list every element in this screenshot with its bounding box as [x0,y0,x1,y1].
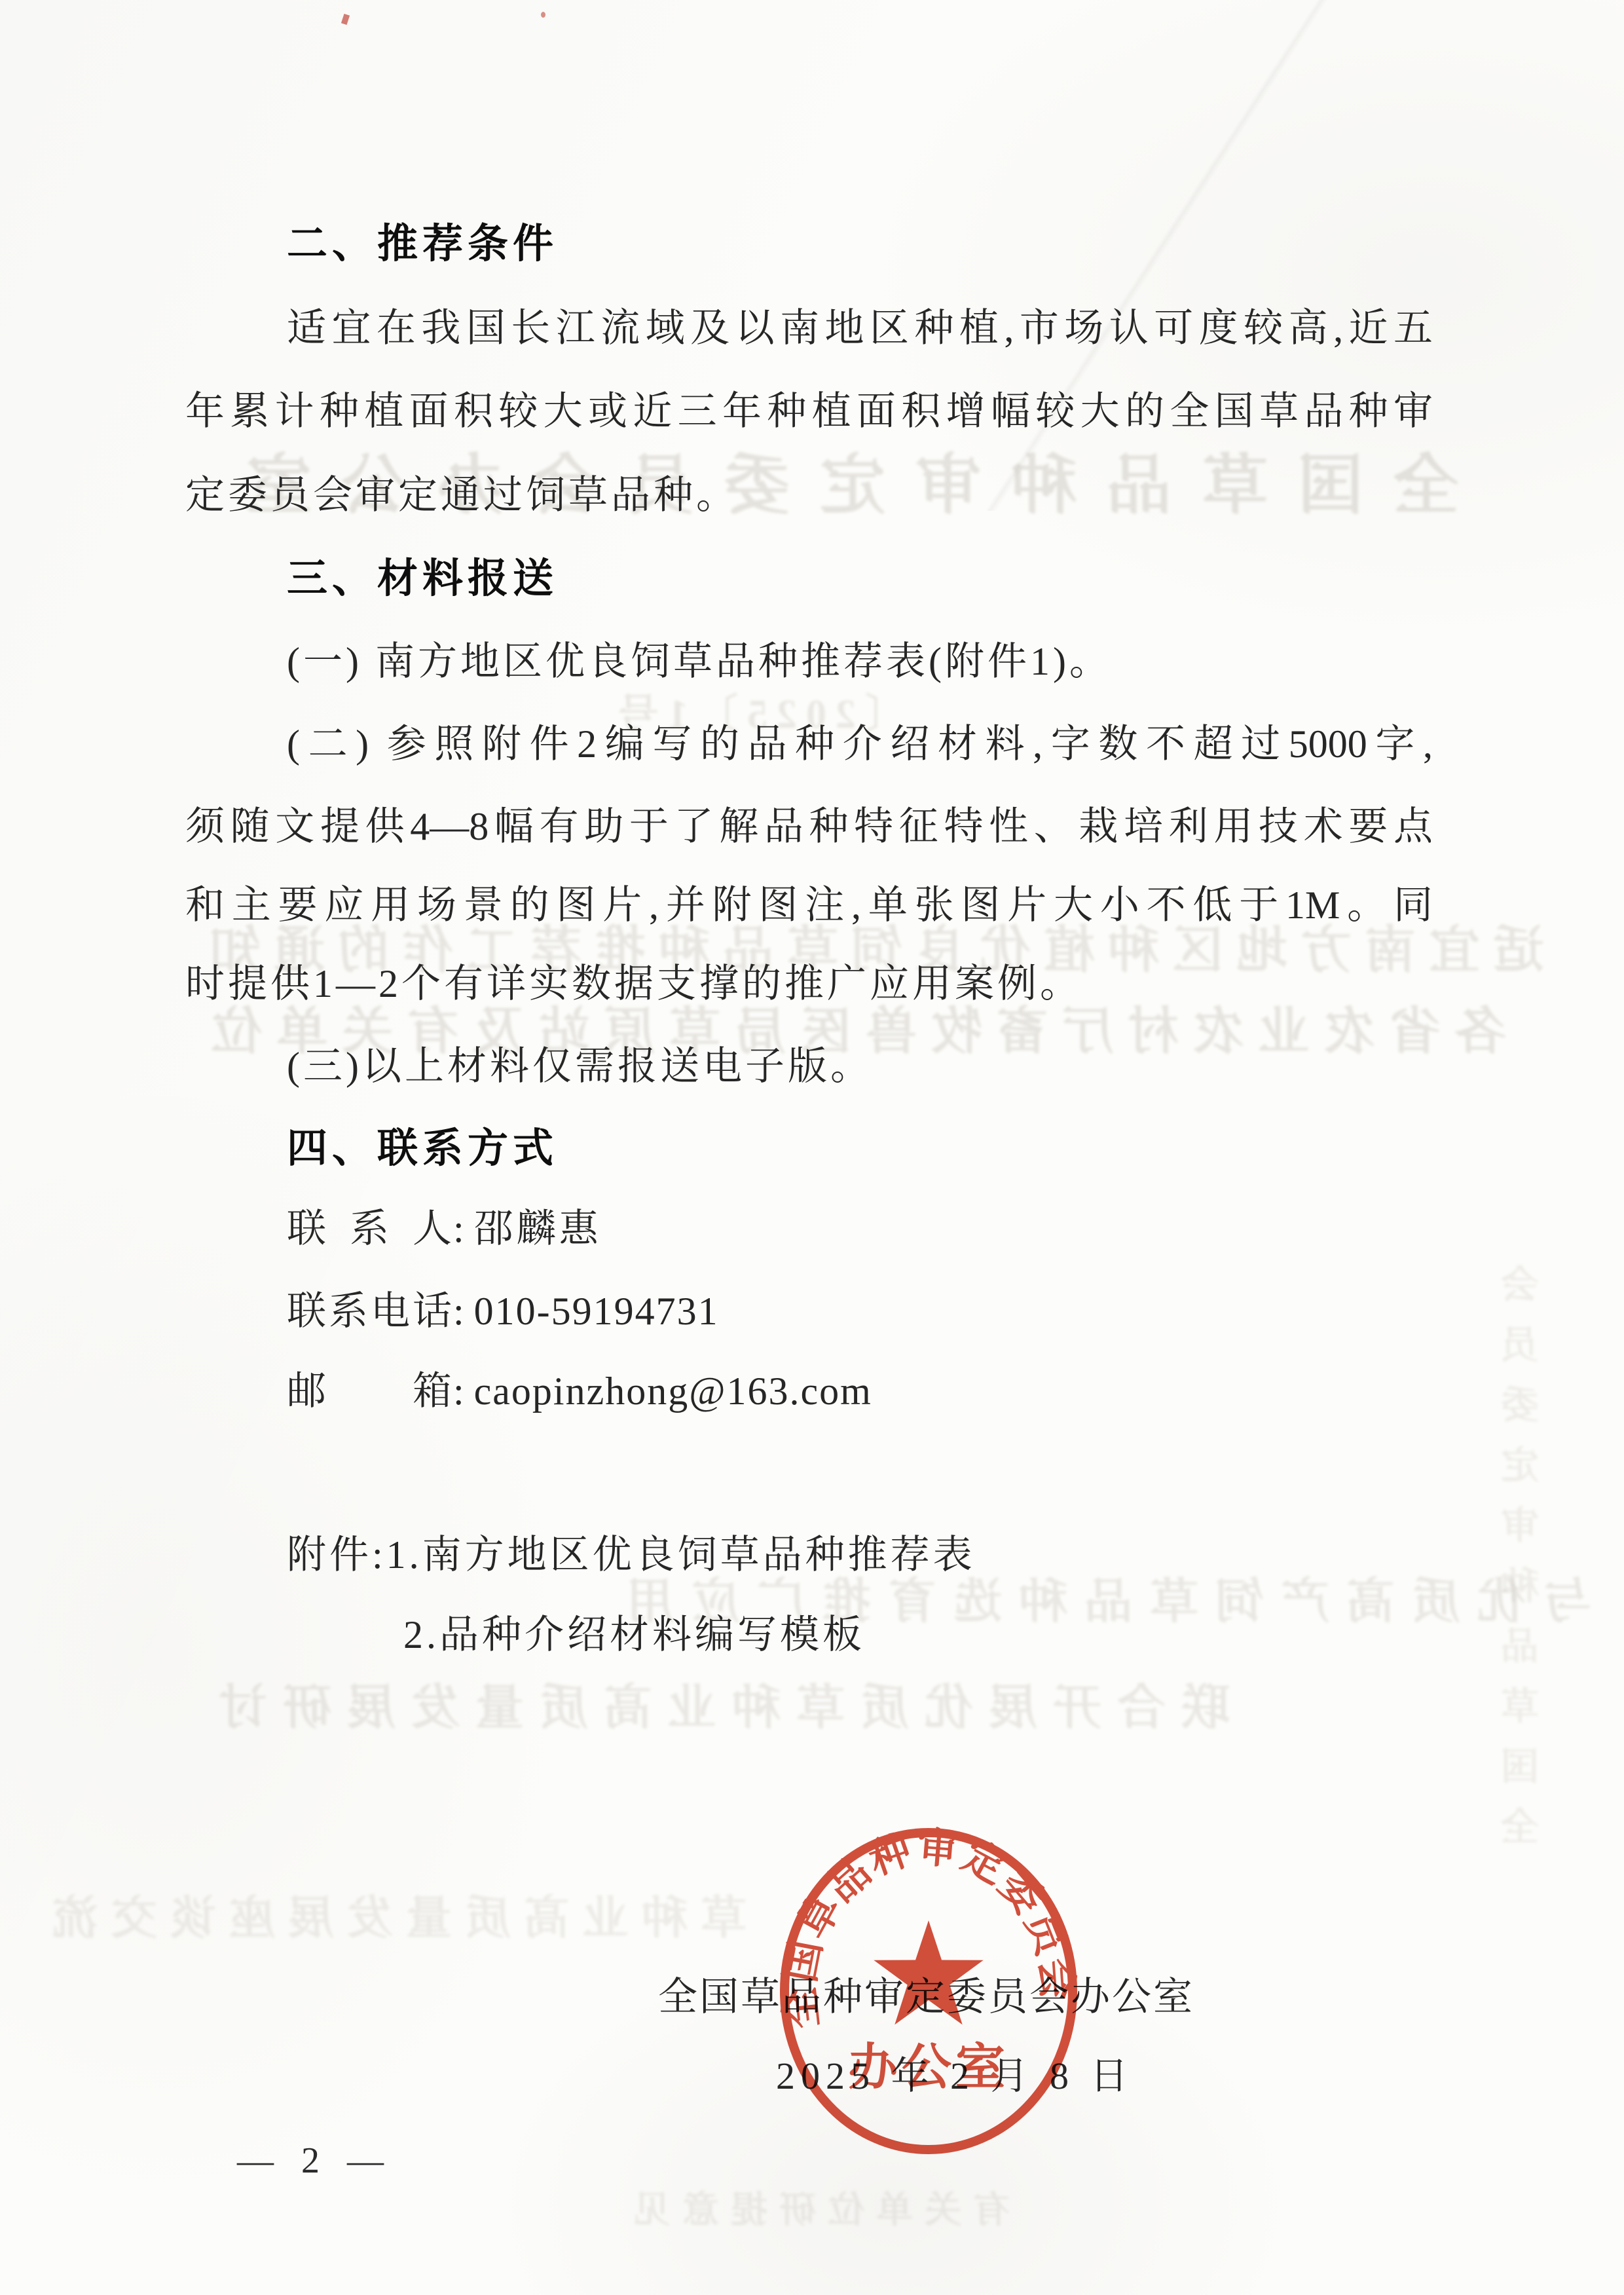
seal-star-icon [874,1920,983,2024]
contact-email-label: 邮箱 [287,1368,452,1415]
seal-bottom-text: 办公室 [848,2040,1009,2095]
paragraph-line: 年累计种植面积较大或近三年种植面积增幅较大的全国草品种审 [185,388,1433,435]
attachment-line-1: 附件:1.南方地区优良饲草品种推荐表 [287,1532,976,1578]
page-number: — 2 — [237,2139,393,2182]
red-speck [341,14,350,25]
section-heading-2: 二、推荐条件 [287,220,558,268]
contact-email-value: caopinzhong@163.com [474,1370,872,1413]
scanned-document-page: 全国草品种审定委员会办公室 〔2025〕1号 适宜南方地区种植优良饲草品种推荐工… [0,0,1624,2295]
bleedthrough-text: 联合开展优质草种业高质量发展研讨 [203,1669,1230,1738]
seal-graphic: 全国草品种审定委员会 办公室 [764,1809,1094,2173]
bleedthrough-text: 草种业高质量发展座谈交流 [39,1881,747,1947]
contact-person-value: 邵麟惠 [474,1207,602,1250]
list-item-line: 时提供1—2个有详实数据支撑的推广应用案例。 [185,961,1082,1007]
list-item-line: 和主要应用场景的图片,并附图注,单张图片大小不低于1M。同 [185,882,1433,929]
contact-person-line: 联系人:邵麟惠 [287,1206,602,1252]
paragraph-line: 定委员会审定通过饲草品种。 [185,472,739,519]
attachment-line-2: 2.品种介绍材料编写模板 [403,1612,865,1658]
colon: : [453,1207,468,1250]
paragraph-line: 适宜在我国长江流域及以南地区种植,市场认可度较高,近五 [185,305,1433,352]
list-item: (一) 南方地区优良饲草品种推荐表(附件1)。 [287,639,1112,685]
section-heading-3: 三、材料报送 [287,555,558,603]
list-item-line: 须随文提供4—8幅有助于了解品种特征特性、栽培利用技术要点 [185,804,1433,850]
section-heading-4: 四、联系方式 [287,1125,558,1172]
bleedthrough-text: 有关单位研提意见 [622,2181,1010,2233]
bleedthrough-text-vertical: 会员委定审种品草国全 [1496,1264,1551,1867]
red-speck [541,12,545,18]
colon: : [453,1290,468,1333]
contact-phone-label: 联系电话 [287,1288,452,1335]
list-item-line: (二) 参照附件2编写的品种介绍材料,字数不超过5000字, [185,721,1433,768]
contact-person-label: 联系人 [287,1206,452,1252]
contact-email-line: 邮箱:caopinzhong@163.com [287,1368,872,1415]
official-seal: 全国草品种审定委员会 办公室 [764,1809,1094,2173]
list-item: (三)以上材料仅需报送电子版。 [287,1043,873,1090]
colon: : [453,1370,468,1413]
contact-phone-line: 联系电话:010-59194731 [287,1288,719,1335]
contact-phone-value: 010-59194731 [474,1290,719,1333]
